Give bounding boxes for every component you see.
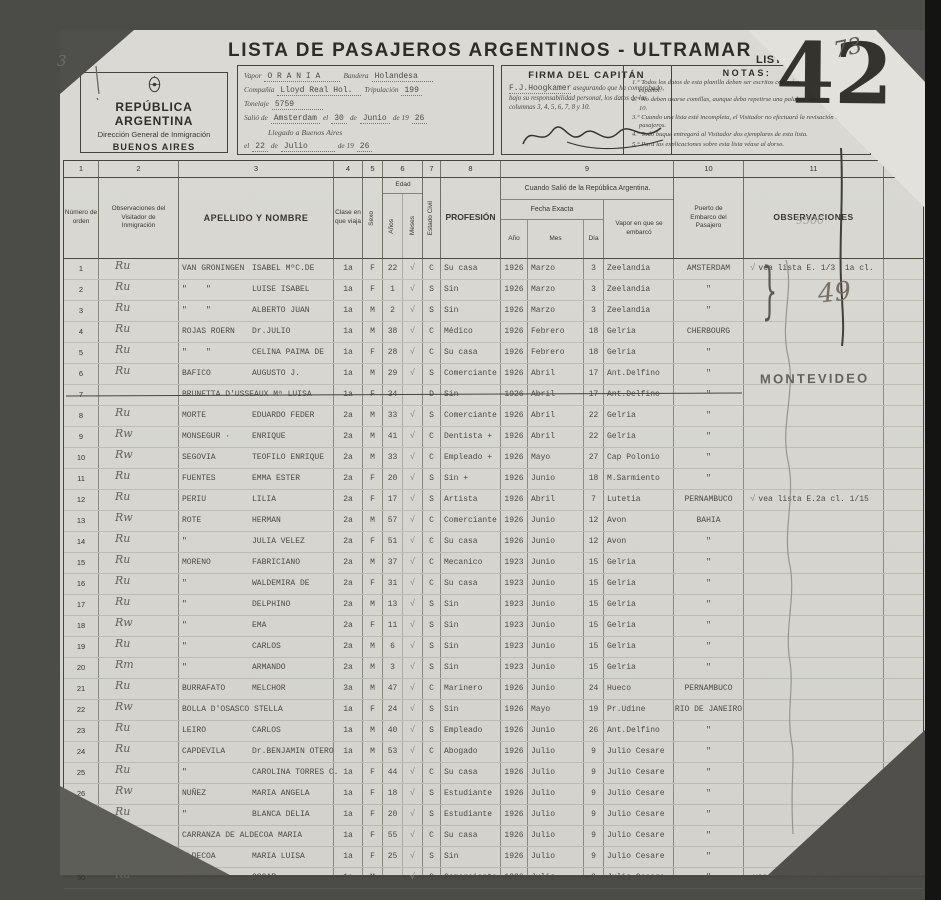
passenger-row: 8 Ru MORTEEDUARDO FEDER 2a M 33 √ S Come… — [64, 406, 923, 427]
cell-apellido-nombre: VAN GRONINGENISABEL MºC.DE — [179, 259, 334, 279]
cell-numero: 8 — [64, 406, 99, 426]
cell-sexo: F — [363, 826, 383, 846]
cell-numero: 1 — [64, 259, 99, 279]
cell-estado-civil: C — [423, 553, 441, 573]
cell-observaciones — [744, 448, 884, 468]
cell-edad-meses-check: √ — [403, 469, 423, 489]
passenger-row: 6 Ru BAFICOAUGUSTO J. 1a M 29 √ S Comerc… — [64, 364, 923, 385]
cell-mes-salida: Junio — [528, 469, 584, 489]
cell-apellido-nombre: SEGOVIATEOFILO ENRIQUE — [179, 448, 334, 468]
cell-edad-anos: 41 — [383, 427, 403, 447]
ship-line-llegado: el 22 de Julio de 19 26 — [244, 141, 487, 152]
cell-observaciones — [744, 826, 884, 846]
cell-clase: 2a — [334, 490, 363, 510]
cell-visitador-mark: Ru — [99, 553, 179, 573]
cell-sexo: M — [363, 553, 383, 573]
cell-sexo: F — [363, 385, 383, 405]
table-body: 1 Ru VAN GRONINGENISABEL MºC.DE 1a F 22 … — [64, 259, 923, 900]
passenger-row: 14 Ru "JULIA VELEZ 2a F 51 √ C Su casa 1… — [64, 532, 923, 553]
cell-ano-salida: 1926 — [501, 700, 528, 720]
cell-edad-anos: 38 — [383, 322, 403, 342]
cell-apellido-nombre: "CARLOS — [179, 637, 334, 657]
cell-ano-salida: 1926 — [501, 679, 528, 699]
cell-ano-salida: 1926 — [501, 385, 528, 405]
notes-list: 1.° Todos los datos de esta planilla deb… — [632, 79, 862, 149]
cell-mes-salida: Junio — [528, 595, 584, 615]
column-number: 1 — [64, 161, 99, 177]
cell-observaciones — [744, 532, 884, 552]
cell-mes-salida: Febrero — [528, 343, 584, 363]
cell-profesion: Sin — [441, 847, 501, 867]
cell-clase: 2a — [334, 574, 363, 594]
cell-visitador-mark: Ru — [99, 805, 179, 825]
cell-numero: 16 — [64, 574, 99, 594]
cell-clase: 1a — [334, 322, 363, 342]
cell-puerto-embarco: " — [674, 364, 744, 384]
cell-clase: 1a — [334, 721, 363, 741]
cell-apellido-nombre: MORENOFABRICIANO — [179, 553, 334, 573]
cell-puerto-embarco: " — [674, 742, 744, 762]
cell-vapor-embarco: M.Sarmiento — [604, 469, 674, 489]
passenger-row: 30 Ru MARTINEZOSCAR 1a M √ C Comerciante… — [64, 868, 923, 889]
compania-value: Lloyd Real Hol. — [277, 86, 361, 96]
cell-puerto-embarco: RIO DE JANEIRO — [674, 700, 744, 720]
cell-puerto-embarco: " — [674, 427, 744, 447]
document-page: LISTA DE PASAJEROS ARGENTINOS - ULTRAMAR… — [60, 30, 925, 875]
cell-sexo: M — [363, 511, 383, 531]
cell-estado-civil: S — [423, 721, 441, 741]
cell-estado-civil: C — [423, 868, 441, 888]
cell-edad-anos — [383, 868, 403, 888]
cell-sexo: F — [363, 784, 383, 804]
cell-dia-salida: 18 — [584, 469, 604, 489]
cell-edad-meses-check: √ — [403, 721, 423, 741]
cell-profesion: Comerciante — [441, 868, 501, 888]
cell-extra — [884, 553, 923, 573]
cell-edad-meses-check: √ — [403, 763, 423, 783]
cell-sexo: M — [363, 742, 383, 762]
cell-ano-salida: 1926 — [501, 847, 528, 867]
cell-edad-anos — [383, 889, 403, 900]
cell-edad-meses-check: √ — [403, 448, 423, 468]
cell-sexo: F — [363, 469, 383, 489]
cell-dia-salida: 18 — [584, 343, 604, 363]
cell-dia-salida: 19 — [584, 700, 604, 720]
cell-extra — [884, 784, 923, 804]
cell-estado-civil: C — [423, 343, 441, 363]
cell-observaciones — [744, 280, 884, 300]
cell-clase: 1a — [334, 280, 363, 300]
cell-numero: 18 — [64, 616, 99, 636]
cell-dia-salida: 12 — [584, 532, 604, 552]
cell-extra — [884, 406, 923, 426]
org-country: REPÚBLICA ARGENTINA — [81, 100, 227, 128]
cell-vapor-embarco — [604, 889, 674, 900]
cell-edad-meses-check: √ — [403, 490, 423, 510]
cell-estado-civil: S — [423, 637, 441, 657]
cell-ano-salida: 1926 — [501, 784, 528, 804]
cell-edad-anos: 34 — [383, 385, 403, 405]
cell-observaciones — [744, 511, 884, 531]
cell-visitador-mark: Ru — [99, 343, 179, 363]
cell-edad-meses-check: √ — [403, 406, 423, 426]
cell-vapor-embarco: Gelria — [604, 427, 674, 447]
cell-estado-civil: S — [423, 406, 441, 426]
cell-ano-salida: 1923 — [501, 595, 528, 615]
cell-clase: 2a — [334, 469, 363, 489]
cell-extra — [884, 847, 923, 867]
cell-extra — [884, 637, 923, 657]
col-header-salida-group: Cuando Salió de la República Argentina. … — [501, 178, 674, 258]
cell-profesion: Su casa — [441, 259, 501, 279]
cell-estado-civil: C — [423, 322, 441, 342]
cell-edad-meses-check: √ — [403, 868, 423, 888]
page-title: LISTA DE PASAJEROS ARGENTINOS - ULTRAMAR — [210, 40, 770, 62]
cell-mes-salida: Julio — [528, 826, 584, 846]
cell-dia-salida: 9 — [584, 763, 604, 783]
cell-sexo: M — [363, 637, 383, 657]
cell-mes-salida: Junio — [528, 616, 584, 636]
cell-vapor-embarco: Gelria — [604, 406, 674, 426]
nota-item: 2.° No deben usarse comillas, aunque deb… — [632, 96, 862, 112]
cell-profesion: Su casa — [441, 763, 501, 783]
ship-line-salio: Salió de Amsterdam el 30 de Junio de 19 … — [244, 113, 487, 124]
cell-estado-civil: C — [423, 511, 441, 531]
cell-edad-meses-check: √ — [403, 700, 423, 720]
cell-observaciones — [744, 805, 884, 825]
cell-ano-salida: 1926 — [501, 868, 528, 888]
cell-profesion: Empleado — [441, 721, 501, 741]
cell-mes-salida: Abril — [528, 406, 584, 426]
notes-box: NOTAS: 1.° Todos los datos de esta plani… — [623, 65, 871, 155]
cell-edad-meses-check: √ — [403, 259, 423, 279]
cell-extra — [884, 742, 923, 762]
cell-estado-civil: S — [423, 847, 441, 867]
cell-edad-anos: 22 — [383, 259, 403, 279]
cell-edad-meses-check: √ — [403, 742, 423, 762]
cell-vapor-embarco: Zeelandia — [604, 301, 674, 321]
cell-apellido-nombre: BRUNETTA D'USSEAUX Mª LUISA — [179, 385, 334, 405]
cell-dia-salida: 27 — [584, 448, 604, 468]
cell-profesion: Estudiante — [441, 784, 501, 804]
passenger-row: 21 Ru BURRAFATOMELCHOR 3a M 47 √ C Marin… — [64, 679, 923, 700]
cell-edad-anos: 33 — [383, 448, 403, 468]
cell-observaciones — [744, 343, 884, 363]
cell-edad-anos: 1 — [383, 280, 403, 300]
cell-clase: 2a — [334, 616, 363, 636]
cell-ano-salida: 1923 — [501, 574, 528, 594]
cell-vapor-embarco: Hueco — [604, 679, 674, 699]
cell-profesion — [441, 889, 501, 900]
cell-apellido-nombre: "BLANCA DELIA — [179, 805, 334, 825]
cell-visitador-mark: Ru — [99, 742, 179, 762]
vapor-embarco-label: Vapor en que se embarcó — [604, 200, 674, 258]
cell-edad-anos: 37 — [383, 553, 403, 573]
cell-apellido-nombre: ROTEHERMAN — [179, 511, 334, 531]
ship-line-llegado-label: Llegado a Buenos Aires — [244, 128, 487, 137]
passenger-row: 20 Rm "ARMANDO 2a M 3 √ S Sin 1923 Junio… — [64, 658, 923, 679]
cell-visitador-mark — [99, 889, 179, 900]
cell-edad-meses-check: √ — [403, 427, 423, 447]
passenger-row: 19 Ru "CARLOS 2a M 6 √ S Sin 1923 Junio … — [64, 637, 923, 658]
cell-profesion: Su casa — [441, 826, 501, 846]
cell-estado-civil: S — [423, 490, 441, 510]
cell-mes-salida — [528, 889, 584, 900]
cell-apellido-nombre: NUÑEZMARIA ANGELA — [179, 784, 334, 804]
coat-of-arms-icon — [147, 76, 162, 93]
cell-estado-civil — [423, 889, 441, 900]
cell-numero: 25 — [64, 763, 99, 783]
cell-numero: 22 — [64, 700, 99, 720]
cell-vapor-embarco: Gelria — [604, 595, 674, 615]
cell-sexo: M — [363, 448, 383, 468]
cell-extra — [884, 301, 923, 321]
cell-extra — [884, 280, 923, 300]
nota-item: 5.° Para las explicaciones sobre esta li… — [632, 141, 862, 149]
cell-vapor-embarco: Ant.Delfino — [604, 385, 674, 405]
edad-label: Edad — [383, 178, 423, 194]
cell-clase: 1a — [334, 763, 363, 783]
cell-mes-salida: Abril — [528, 364, 584, 384]
cell-ano-salida: 1926 — [501, 532, 528, 552]
cell-clase: 2a — [334, 553, 363, 573]
cell-visitador-mark: Ru — [99, 469, 179, 489]
cell-edad-anos: 28 — [383, 343, 403, 363]
cell-sexo: M — [363, 322, 383, 342]
cell-edad-anos: 20 — [383, 805, 403, 825]
cell-puerto-embarco: BAHIA — [674, 511, 744, 531]
cell-apellido-nombre: "CAROLINA TORRES C. — [179, 763, 334, 783]
cell-ano-salida: 1926 — [501, 364, 528, 384]
cell-clase: 1a — [334, 385, 363, 405]
cell-ano-salida: 1926 — [501, 301, 528, 321]
vapor-label: Vapor — [244, 71, 261, 80]
cell-vapor-embarco: Cap Polonio — [604, 448, 674, 468]
ship-line-compania: Compañía Lloyd Real Hol. Tripulación 199 — [244, 85, 487, 96]
cell-visitador-mark: Ru — [99, 259, 179, 279]
column-number: 6 — [383, 161, 423, 177]
cell-dia-salida: 7 — [584, 490, 604, 510]
cell-mes-salida: Marzo — [528, 280, 584, 300]
cell-clase: 1a — [334, 868, 363, 888]
cell-apellido-nombre — [179, 889, 334, 900]
cell-extra — [884, 763, 923, 783]
cell-mes-salida: Junio — [528, 511, 584, 531]
cell-puerto-embarco: " — [674, 763, 744, 783]
cell-clase: 2a — [334, 448, 363, 468]
cell-clase: 2a — [334, 511, 363, 531]
cell-edad-meses-check: √ — [403, 364, 423, 384]
de19b-label: de 19 — [338, 141, 354, 150]
cell-profesion: Su casa — [441, 532, 501, 552]
cell-observaciones — [744, 406, 884, 426]
cell-edad-anos: 25 — [383, 847, 403, 867]
passenger-row: 9 Rw MONSEGUR ·ENRIQUE 2a M 41 √ C Denti… — [64, 427, 923, 448]
cell-edad-anos: 6 — [383, 637, 403, 657]
cell-clase: 2a — [334, 658, 363, 678]
cell-puerto-embarco: " — [674, 553, 744, 573]
cell-visitador-mark: Ru — [99, 637, 179, 657]
cell-dia-salida: 9 — [584, 742, 604, 762]
cell-edad-meses-check: √ — [403, 280, 423, 300]
cell-apellido-nombre: " "LUISE ISABEL — [179, 280, 334, 300]
cell-edad-anos: 3 — [383, 658, 403, 678]
el-label: el — [323, 113, 328, 122]
cell-numero: 29 — [64, 847, 99, 867]
cell-sexo: F — [363, 805, 383, 825]
cell-puerto-embarco: " — [674, 385, 744, 405]
passenger-row: 3 Ru " "ALBERTO JUAN 1a M 2 √ S Sin 1926… — [64, 301, 923, 322]
cell-ano-salida: 1926 — [501, 805, 528, 825]
cell-profesion: Comerciante — [441, 406, 501, 426]
vapor-value: O R A N I A — [264, 72, 340, 82]
cell-numero: 26 — [64, 784, 99, 804]
dia-label: Día — [584, 220, 604, 258]
cell-vapor-embarco: Avon — [604, 532, 674, 552]
cell-extra — [884, 490, 923, 510]
cell-numero: 9 — [64, 427, 99, 447]
cell-edad-meses-check: √ — [403, 679, 423, 699]
cell-ano-salida: 1926 — [501, 448, 528, 468]
cell-observaciones: √vea lista E. 1/3 1a cl. — [744, 259, 884, 279]
cell-visitador-mark: Rw — [99, 616, 179, 636]
cell-edad-meses-check: √ — [403, 511, 423, 531]
cell-mes-salida: Abril — [528, 490, 584, 510]
compania-label: Compañía — [244, 85, 274, 94]
nota-item: 4.° Todo buque entregará al Visitador do… — [632, 131, 862, 139]
cell-puerto-embarco: " — [674, 574, 744, 594]
cell-sexo: F — [363, 616, 383, 636]
cell-clase: 1a — [334, 826, 363, 846]
cell-apellido-nombre: PERIULILIA — [179, 490, 334, 510]
cell-visitador-mark: Ru — [99, 574, 179, 594]
cell-apellido-nombre: MORTEEDUARDO FEDER — [179, 406, 334, 426]
cell-puerto-embarco: " — [674, 616, 744, 636]
cell-numero: 20 — [64, 658, 99, 678]
cell-observaciones — [744, 322, 884, 342]
cell-numero — [64, 889, 99, 900]
cell-mes-salida: Junio — [528, 721, 584, 741]
cell-edad-meses-check: √ — [403, 553, 423, 573]
cell-puerto-embarco: " — [674, 595, 744, 615]
salio-port: Amsterdam — [271, 114, 320, 124]
cell-apellido-nombre: FUENTESEMMA ESTER — [179, 469, 334, 489]
cell-ano-salida: 1926 — [501, 259, 528, 279]
cell-numero: 28 — [64, 826, 99, 846]
cell-puerto-embarco: " — [674, 532, 744, 552]
cell-vapor-embarco: Zeelandia — [604, 259, 674, 279]
passenger-row: 4 Ru ROJAS ROERNDr.JULIO 1a M 38 √ C Méd… — [64, 322, 923, 343]
column-number: 2 — [99, 161, 179, 177]
pencil-note-left-edge: 3 — [57, 52, 67, 70]
cell-clase: 1a — [334, 301, 363, 321]
cell-sexo: F — [363, 763, 383, 783]
cell-dia-salida: 15 — [584, 637, 604, 657]
passenger-row: 27 Ru "BLANCA DELIA 1a F 20 √ S Estudian… — [64, 805, 923, 826]
cell-mes-salida: Febrero — [528, 322, 584, 342]
cell-puerto-embarco: " — [674, 637, 744, 657]
cell-sexo: M — [363, 427, 383, 447]
cell-sexo: F — [363, 532, 383, 552]
film-edge-strip — [925, 0, 941, 900]
cell-numero: 23 — [64, 721, 99, 741]
cell-apellido-nombre: "WALDEMIRA DE — [179, 574, 334, 594]
column-number: 10 — [674, 161, 744, 177]
cell-visitador-mark: Ru — [99, 364, 179, 384]
cell-clase: 2a — [334, 406, 363, 426]
cell-estado-civil: C — [423, 574, 441, 594]
llegado-label: Llegado a Buenos Aires — [268, 128, 342, 137]
passenger-row: 22 Rw BOLLA D'OSASCO STELLA 1a F 24 √ S … — [64, 700, 923, 721]
cell-numero: 30 — [64, 868, 99, 888]
cell-mes-salida: Julio — [528, 805, 584, 825]
cell-edad-meses-check: √ — [403, 847, 423, 867]
cell-clase: 1a — [334, 259, 363, 279]
cell-profesion: Su casa — [441, 574, 501, 594]
cell-ano-salida: 1923 — [501, 658, 528, 678]
cell-numero: 13 — [64, 511, 99, 531]
el2-label: el — [244, 141, 249, 150]
cell-numero: 17 — [64, 595, 99, 615]
cell-visitador-mark: Rm — [99, 847, 179, 867]
cell-vapor-embarco: Julio Cesare — [604, 763, 674, 783]
cell-puerto-embarco: PERNAMBUCO — [674, 490, 744, 510]
cell-numero: 27 — [64, 805, 99, 825]
cell-estado-civil: C — [423, 532, 441, 552]
cell-profesion: Sin — [441, 385, 501, 405]
cell-dia-salida: 17 — [584, 385, 604, 405]
cell-dia-salida: 15 — [584, 553, 604, 573]
cell-clase: 2a — [334, 427, 363, 447]
tripulacion-label: Tripulación — [364, 85, 398, 94]
cell-vapor-embarco: Gelria — [604, 616, 674, 636]
cell-estado-civil: C — [423, 448, 441, 468]
salio-day: 30 — [331, 114, 347, 124]
bandera-label: Bandera — [343, 71, 368, 80]
cell-dia-salida — [584, 889, 604, 900]
cell-edad-meses-check: √ — [403, 532, 423, 552]
cell-apellido-nombre: BAFICOAUGUSTO J. — [179, 364, 334, 384]
cell-edad-meses-check: √ — [403, 343, 423, 363]
passenger-row: 12 Ru PERIULILIA 2a F 17 √ S Artista 192… — [64, 490, 923, 511]
cell-dia-salida: 17 — [584, 364, 604, 384]
cell-vapor-embarco: Gelria — [604, 343, 674, 363]
cell-mes-salida: Julio — [528, 784, 584, 804]
passenger-row: 11 Ru FUENTESEMMA ESTER 2a F 20 √ S Sin … — [64, 469, 923, 490]
cell-profesion: Sin — [441, 595, 501, 615]
cell-edad-anos: 31 — [383, 574, 403, 594]
cell-vapor-embarco: Ant.Delfino — [604, 364, 674, 384]
cell-mes-salida: Junio — [528, 658, 584, 678]
lista-number-value: 1. — [822, 52, 868, 63]
cell-vapor-embarco: Gelria — [604, 637, 674, 657]
cell-ano-salida: 1926 — [501, 322, 528, 342]
cell-numero: 3 — [64, 301, 99, 321]
cell-estado-civil: S — [423, 280, 441, 300]
cell-edad-anos: 33 — [383, 406, 403, 426]
passenger-row: 7 BRUNETTA D'USSEAUX Mª LUISA 1a F 34 D … — [64, 385, 923, 406]
cell-vapor-embarco: Pr.Udine — [604, 700, 674, 720]
cell-vapor-embarco: Gelria — [604, 322, 674, 342]
cell-sexo: F — [363, 343, 383, 363]
cell-edad-meses-check — [403, 385, 423, 405]
cell-numero: 19 — [64, 637, 99, 657]
cell-observaciones — [744, 553, 884, 573]
cell-ano-salida: 1926 — [501, 511, 528, 531]
cell-sexo: F — [363, 847, 383, 867]
cell-observaciones — [744, 658, 884, 678]
cell-edad-meses-check: √ — [403, 322, 423, 342]
